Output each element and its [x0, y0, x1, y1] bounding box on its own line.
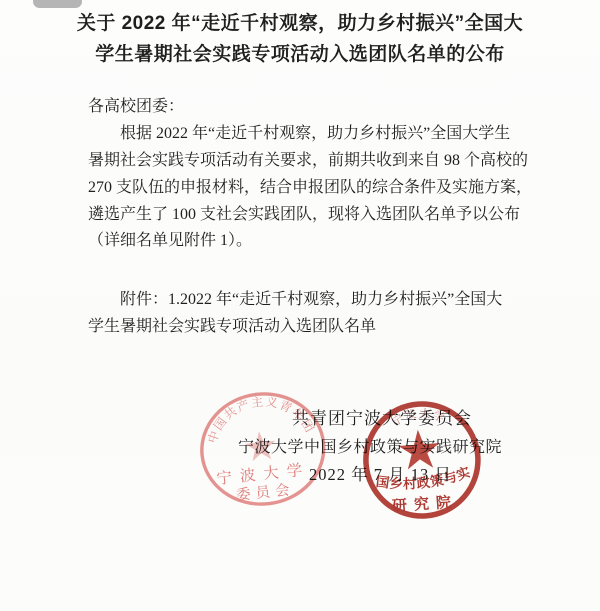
title-line-1: 关于 2022 年“走近千村观察，助力乡村振兴”全国大 — [45, 8, 555, 39]
attachment-line: 附件：1.2022 年“走近千村观察，助力乡村振兴”全国大 — [88, 287, 502, 313]
body-line: 遴选产生了 100 支社会实践团队，现将入选团队名单予以公布 — [88, 202, 520, 228]
salutation: 各高校团委： — [88, 94, 184, 120]
body-line: 暑期社会实践专项活动有关要求，前期共收到来自 98 个高校的 — [88, 148, 528, 174]
signature-org-1: 共青团宁波大学委员会 — [292, 404, 472, 429]
attachment-line: 学生暑期社会实践专项活动入选团队名单 — [88, 314, 376, 340]
right-seal-institute-text: 研究院 — [391, 493, 458, 516]
left-seal-committee-text: 委员会 — [235, 481, 295, 504]
document-title: 关于 2022 年“走近千村观察，助力乡村振兴”全国大 学生暑期社会实践专项活动… — [45, 8, 555, 70]
document-page: 关于 2022 年“走近千村观察，助力乡村振兴”全国大 学生暑期社会实践专项活动… — [0, 0, 600, 611]
body-line: 270 支队伍的申报材料，结合申报团队的综合条件及实施方案， — [88, 175, 532, 201]
signature-org-2: 宁波大学中国乡村政策与实践研究院 — [238, 434, 502, 457]
signature-date: 2022 年 7 月 13 日 — [309, 461, 452, 485]
left-seal-university-text: 宁波大学 — [216, 460, 311, 488]
body-line: （详细名单见附件 1）。 — [88, 228, 252, 254]
body-line: 根据 2022 年“走近千村观察，助力乡村振兴”全国大学生 — [88, 121, 510, 147]
title-line-2: 学生暑期社会实践专项活动入选团队名单的公布 — [45, 39, 555, 70]
home-indicator-pill — [33, 0, 82, 8]
